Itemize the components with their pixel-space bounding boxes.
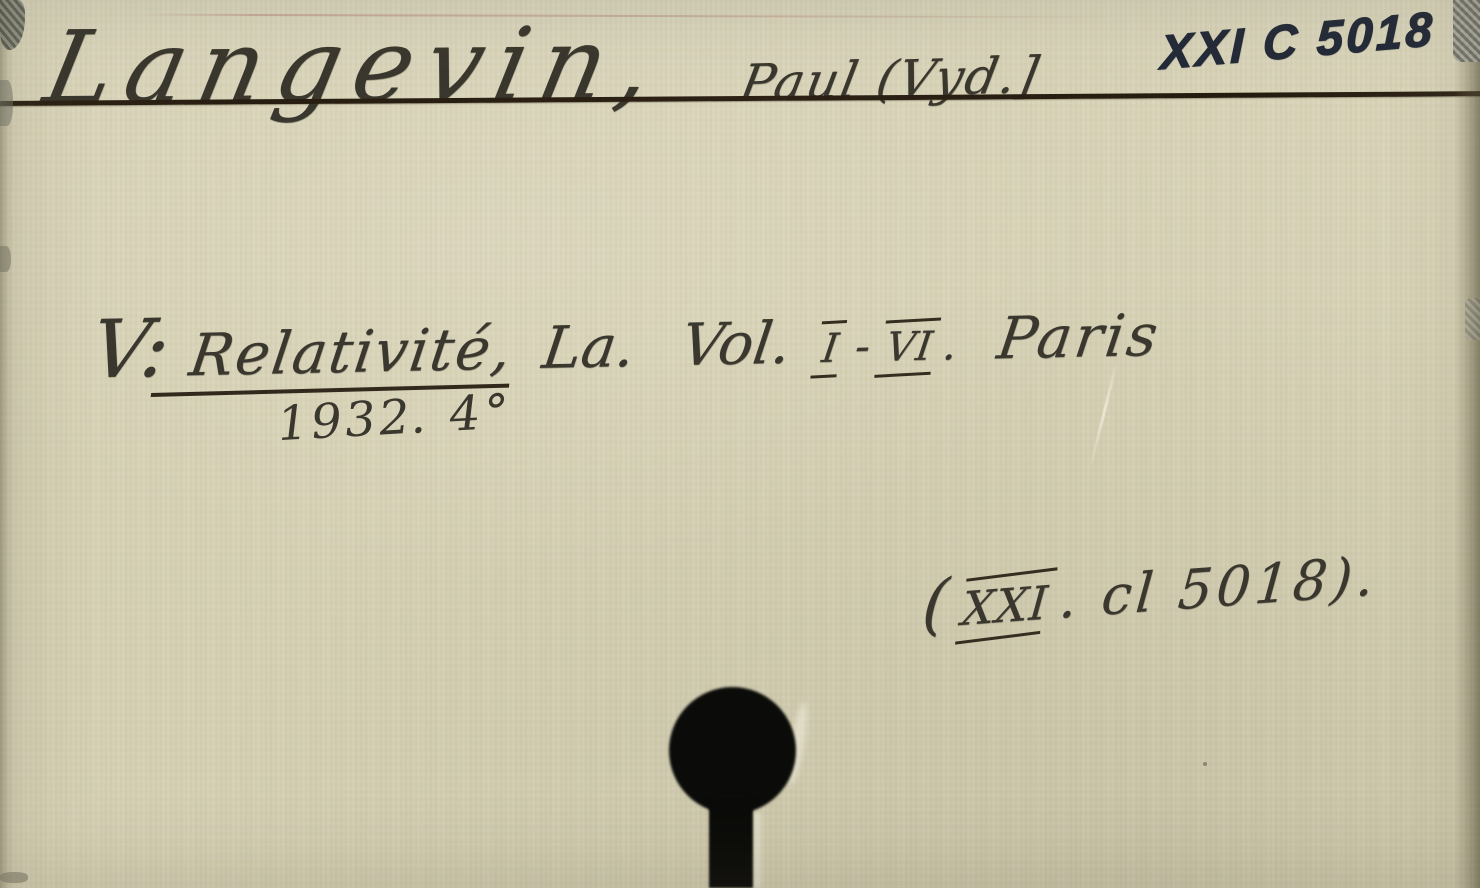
volume-period: .	[940, 323, 960, 367]
volume-from-numeral: I	[820, 329, 842, 369]
top-left-corner-patch	[0, 0, 25, 50]
punch-hole-slot	[709, 792, 753, 888]
punch-slot-highlight	[752, 812, 761, 888]
call-number-roman: XXI	[960, 579, 1050, 632]
imprint-year-format: 1932. 4°	[274, 388, 513, 449]
right-edge-fabric-patch	[1465, 298, 1480, 340]
entry-line: V: Relativité, La. Vol. I - VI . Paris	[91, 282, 1452, 390]
left-edge-speck	[0, 246, 11, 272]
volume-label: Vol.	[678, 314, 794, 374]
left-edge-speck	[0, 80, 13, 126]
entry-article: La.	[539, 317, 638, 377]
paper-crease	[1088, 357, 1119, 472]
top-right-corner-fabric	[1453, 0, 1480, 62]
call-number-rest: . cl 5018).	[1057, 549, 1379, 627]
volume-range-dash: -	[853, 325, 874, 369]
shelfmark: XXI C 5018	[1160, 6, 1435, 78]
publication-place: Paris	[994, 306, 1164, 368]
see-reference-abbreviation: V:	[87, 309, 175, 391]
right-edge-shadow	[1454, 0, 1480, 888]
entry-title: Relativité,	[186, 319, 516, 384]
call-number-open-paren: (	[920, 570, 951, 638]
call-number: ( XXI . cl 5018).	[920, 539, 1379, 638]
left-edge-shadow	[0, 0, 14, 888]
volume-to-numeral: VI	[884, 327, 936, 368]
dust-speck	[1203, 762, 1207, 766]
catalog-card: Langevin, Paul (Vyd.] XXI C 5018 V: Rela…	[0, 0, 1480, 888]
bottom-left-speck	[0, 872, 28, 883]
